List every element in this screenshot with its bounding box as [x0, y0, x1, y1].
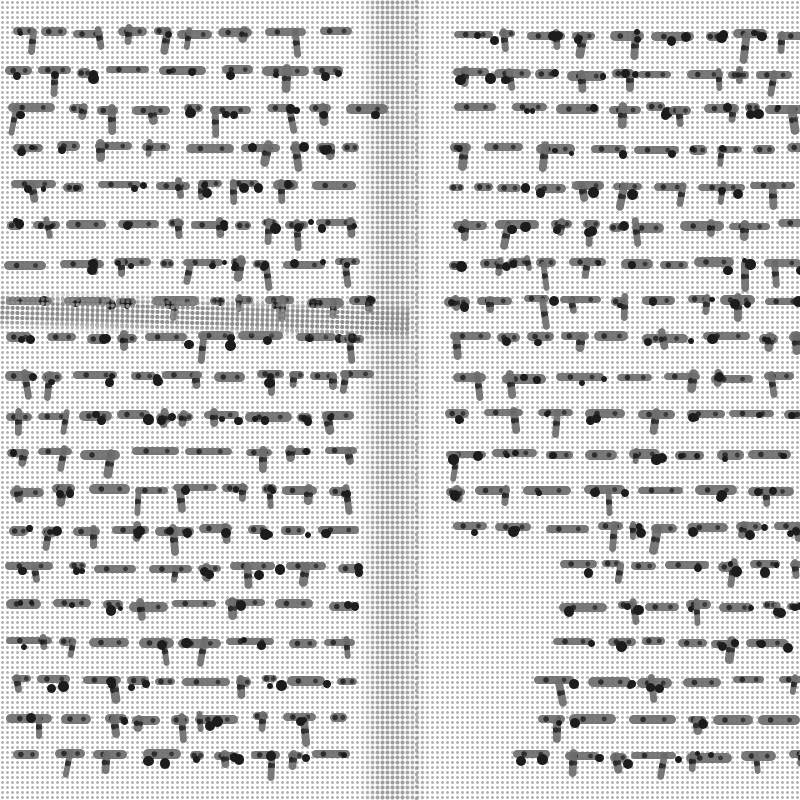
script-stroke	[47, 333, 77, 341]
script-stroke	[41, 27, 66, 36]
ink-blob	[108, 680, 116, 688]
ink-blob	[756, 412, 762, 418]
ink-blob	[234, 417, 242, 425]
ink-blob	[569, 679, 579, 689]
script-stroke	[185, 448, 233, 455]
script-stroke	[145, 333, 186, 342]
script-stroke	[289, 639, 316, 648]
ink-blob	[634, 29, 640, 35]
script-stroke	[609, 521, 618, 553]
ink-blob	[299, 142, 309, 152]
ink-blob	[335, 70, 342, 77]
ink-blob	[675, 756, 682, 763]
script-stroke	[9, 526, 28, 536]
ink-blob	[87, 265, 97, 275]
ink-blob	[220, 220, 228, 228]
script-stroke	[477, 297, 512, 305]
ink-blob	[633, 605, 644, 616]
script-stroke	[340, 371, 351, 395]
script-stroke	[132, 447, 179, 456]
script-stroke	[177, 30, 212, 39]
ink-blob	[212, 716, 223, 727]
script-stroke	[746, 639, 788, 647]
ink-blob	[474, 32, 481, 39]
ink-blob	[41, 186, 47, 192]
ink-blob	[723, 266, 732, 275]
ink-blob	[628, 261, 636, 269]
script-stroke	[4, 261, 46, 270]
script-stroke	[241, 144, 280, 151]
ink-blob	[619, 150, 628, 159]
script-stroke	[120, 330, 128, 351]
script-stroke	[324, 639, 354, 646]
script-stroke	[717, 450, 744, 459]
script-stroke	[617, 101, 627, 128]
ink-blob	[131, 185, 137, 191]
ink-blob	[621, 489, 629, 497]
script-stroke	[588, 677, 631, 686]
script-stroke	[243, 562, 253, 588]
ink-blob	[165, 301, 174, 310]
ink-blob	[143, 756, 153, 766]
script-stroke	[312, 181, 355, 190]
ink-blob	[780, 453, 787, 460]
ink-blob	[668, 150, 676, 158]
script-stroke	[93, 750, 127, 758]
ink-blob	[348, 333, 357, 342]
ink-blob	[263, 336, 272, 345]
ink-blob	[694, 416, 700, 422]
ink-blob	[774, 562, 780, 568]
ink-blob	[456, 261, 466, 271]
ink-blob	[16, 111, 25, 120]
script-stroke	[768, 181, 777, 209]
ink-blob	[730, 299, 739, 308]
script-stroke	[214, 372, 245, 382]
script-stroke	[226, 638, 274, 645]
ink-blob	[473, 451, 483, 461]
ink-blob	[301, 415, 308, 422]
ink-blob	[716, 493, 725, 502]
script-stroke	[96, 139, 105, 163]
ink-blob	[351, 223, 357, 229]
ink-blob	[512, 450, 518, 456]
ink-blob	[533, 376, 541, 384]
script-stroke	[452, 333, 461, 360]
ink-blob	[260, 264, 267, 271]
script-stroke	[155, 678, 175, 686]
ink-blob	[788, 412, 795, 419]
ink-blob	[623, 759, 634, 770]
ink-blob	[121, 717, 128, 724]
script-stroke	[791, 331, 800, 355]
script-stroke	[560, 296, 600, 304]
ink-blob	[627, 189, 638, 200]
script-stroke	[642, 296, 675, 305]
ink-blob	[248, 143, 257, 152]
script-stroke	[497, 184, 520, 193]
ink-blob	[105, 378, 114, 387]
manuscript-column-right	[440, 0, 800, 800]
script-stroke	[330, 713, 346, 723]
script-stroke	[238, 331, 283, 339]
ink-blob	[69, 602, 75, 608]
script-stroke	[94, 25, 104, 50]
ink-blob	[290, 259, 299, 268]
ink-blob	[371, 111, 379, 119]
ink-blob	[38, 223, 43, 228]
ink-blob	[284, 180, 292, 188]
script-stroke	[304, 483, 314, 504]
ink-blob	[783, 643, 793, 653]
ink-blob	[202, 188, 212, 198]
ink-blob	[502, 337, 511, 346]
script-stroke	[729, 223, 770, 231]
script-stroke	[296, 333, 336, 341]
ink-blob	[230, 111, 238, 119]
ink-blob	[327, 414, 334, 421]
ink-blob	[18, 600, 24, 606]
manuscript-halftone-image: Halftone-dot rendering of two columns of…	[0, 0, 800, 800]
ink-blob	[142, 680, 150, 688]
ink-blob	[109, 373, 115, 379]
script-stroke	[149, 565, 192, 573]
ink-blob	[760, 567, 771, 578]
script-stroke	[638, 487, 683, 494]
ink-blob	[709, 297, 714, 302]
ink-blob	[490, 36, 499, 45]
ink-blob	[341, 752, 347, 758]
script-stroke	[538, 298, 550, 330]
ink-blob	[621, 69, 630, 78]
ink-blob	[275, 564, 285, 574]
script-stroke	[44, 371, 54, 402]
ink-blob	[716, 32, 727, 43]
ink-blob	[516, 756, 526, 766]
script-stroke	[135, 487, 143, 516]
ink-blob	[644, 338, 652, 346]
script-stroke	[686, 368, 698, 393]
ink-blob	[153, 374, 162, 383]
ink-blob	[227, 334, 235, 342]
script-stroke	[638, 71, 671, 78]
script-stroke	[132, 714, 143, 732]
ink-blob	[600, 73, 607, 80]
script-stroke	[196, 711, 204, 732]
script-stroke	[178, 410, 188, 428]
script-stroke	[13, 750, 39, 759]
ink-blob	[66, 489, 75, 498]
ink-blob	[776, 608, 786, 618]
script-stroke	[108, 104, 116, 135]
ink-blob	[321, 72, 330, 81]
ink-blob	[616, 641, 627, 652]
script-stroke	[631, 562, 656, 570]
script-stroke	[585, 450, 617, 459]
ink-blob	[157, 416, 166, 425]
ink-blob	[588, 226, 597, 235]
ink-blob	[553, 226, 561, 234]
ink-blob	[222, 260, 227, 265]
script-stroke	[156, 182, 190, 190]
column-gutter-fold	[360, 0, 430, 800]
ink-blob	[18, 336, 25, 343]
ink-blob	[775, 105, 780, 110]
ink-blob	[590, 104, 598, 112]
ink-blob	[123, 299, 131, 307]
script-stroke	[14, 408, 22, 436]
ink-blob	[24, 185, 32, 193]
ink-blob	[217, 298, 225, 306]
script-stroke	[594, 331, 628, 341]
script-stroke	[631, 752, 676, 760]
ink-blob	[588, 187, 599, 198]
script-stroke	[89, 638, 129, 647]
ink-blob	[47, 684, 56, 693]
ink-blob	[688, 606, 694, 612]
script-stroke	[486, 296, 495, 314]
ink-blob	[18, 31, 23, 36]
ink-blob	[209, 263, 216, 270]
ink-blob	[744, 301, 751, 308]
ink-blob	[552, 148, 557, 153]
parchment-edge	[395, 0, 418, 800]
ink-blob	[624, 603, 631, 610]
ink-blob	[321, 529, 331, 539]
script-stroke	[258, 711, 266, 733]
script-stroke	[630, 521, 636, 540]
ink-blob	[323, 680, 331, 688]
script-stroke	[645, 603, 679, 611]
script-stroke	[129, 602, 168, 612]
ink-blob	[273, 72, 279, 78]
ink-blob	[185, 108, 195, 118]
ink-blob	[762, 337, 767, 342]
ink-blob	[267, 683, 273, 689]
script-stroke	[790, 673, 799, 694]
ink-blob	[168, 413, 176, 421]
ink-blob	[266, 531, 273, 538]
ink-blob	[201, 182, 208, 189]
script-stroke	[212, 106, 219, 138]
script-stroke	[680, 221, 724, 231]
ink-blob	[688, 527, 698, 537]
script-stroke	[5, 562, 53, 570]
ink-blob	[241, 637, 247, 643]
ink-blob	[17, 148, 25, 156]
ink-blob	[655, 684, 664, 693]
script-stroke	[236, 675, 246, 699]
ink-blob	[556, 720, 562, 726]
ink-blob	[507, 225, 516, 234]
ink-blob	[236, 600, 246, 610]
script-stroke	[281, 526, 306, 535]
ink-blob	[79, 568, 85, 574]
ink-blob	[787, 530, 794, 537]
ink-blob	[619, 221, 629, 231]
script-stroke	[683, 678, 722, 687]
ink-blob	[270, 489, 275, 494]
ink-blob	[344, 262, 349, 267]
script-stroke	[713, 715, 753, 724]
script-stroke	[346, 104, 388, 114]
ink-blob	[39, 296, 49, 306]
script-stroke	[523, 255, 532, 272]
script-stroke	[259, 446, 267, 473]
script-stroke	[753, 145, 775, 155]
ink-blob	[88, 73, 98, 83]
ink-blob	[97, 416, 106, 425]
script-stroke	[230, 562, 275, 570]
script-stroke	[262, 675, 277, 682]
ink-blob	[160, 758, 170, 768]
ink-blob	[52, 526, 62, 536]
ink-blob	[21, 644, 27, 650]
script-stroke	[578, 70, 587, 93]
ink-blob	[586, 416, 595, 425]
script-stroke	[484, 143, 523, 151]
ink-blob	[796, 266, 800, 275]
ink-blob	[140, 182, 147, 189]
ink-blob	[320, 145, 330, 155]
ink-blob	[302, 754, 310, 762]
ink-blob	[564, 606, 575, 617]
script-stroke	[568, 749, 577, 778]
ink-blob	[143, 414, 154, 425]
ink-blob	[501, 76, 510, 85]
ink-blob	[344, 490, 352, 498]
script-stroke	[64, 297, 111, 305]
script-stroke	[172, 600, 216, 608]
script-stroke	[560, 560, 597, 567]
ink-blob	[318, 224, 327, 233]
ink-blob	[226, 71, 235, 80]
ink-blob	[757, 32, 767, 42]
script-stroke	[160, 259, 174, 267]
ink-blob	[320, 111, 328, 119]
ink-blob	[254, 570, 264, 580]
script-stroke	[186, 144, 234, 153]
script-stroke	[453, 522, 486, 529]
script-stroke	[235, 294, 242, 313]
ink-blob	[294, 223, 303, 232]
script-stroke	[778, 219, 800, 227]
script-stroke	[736, 66, 743, 84]
ink-blob	[574, 36, 582, 44]
ink-blob	[193, 756, 200, 763]
ink-blob	[722, 456, 728, 462]
script-stroke	[621, 259, 652, 268]
ink-blob	[118, 606, 124, 612]
ink-blob	[134, 531, 142, 539]
script-stroke	[182, 678, 229, 687]
script-stroke	[90, 525, 97, 549]
ink-blob	[166, 69, 172, 75]
ink-blob	[317, 300, 323, 306]
ink-blob	[757, 640, 765, 648]
script-stroke	[36, 715, 42, 739]
ink-blob	[707, 334, 717, 344]
script-stroke	[707, 219, 715, 237]
ink-blob	[355, 568, 363, 576]
ink-blob	[718, 187, 725, 194]
ink-blob	[222, 111, 230, 119]
ink-blob	[456, 145, 463, 152]
ink-blob	[165, 31, 172, 38]
script-stroke	[342, 484, 353, 516]
script-stroke	[758, 715, 800, 725]
ink-blob	[504, 453, 509, 458]
ink-blob	[753, 109, 763, 119]
script-stroke	[286, 445, 295, 462]
ink-blob	[276, 680, 287, 691]
ink-blob	[520, 222, 530, 232]
ink-blob	[579, 380, 585, 386]
ink-blob	[320, 259, 326, 265]
ink-blob	[657, 453, 667, 463]
ink-blob	[305, 334, 313, 342]
ink-blob	[471, 529, 478, 536]
ink-blob	[508, 526, 519, 537]
ink-blob	[627, 683, 633, 689]
ink-blob	[92, 411, 100, 419]
ink-blob	[188, 68, 196, 76]
ink-blob	[537, 754, 548, 765]
ink-blob	[266, 751, 276, 761]
ink-blob	[745, 530, 755, 540]
script-stroke	[191, 371, 201, 389]
ink-blob	[26, 335, 35, 344]
script-stroke	[66, 220, 106, 229]
ink-blob	[301, 717, 307, 723]
script-stroke	[6, 599, 40, 609]
ink-blob	[698, 719, 708, 729]
ink-blob	[219, 416, 224, 421]
ink-blob	[26, 525, 32, 531]
script-stroke	[106, 66, 148, 73]
ink-blob	[596, 755, 602, 761]
script-stroke	[694, 598, 701, 626]
ink-blob	[29, 145, 34, 150]
script-stroke	[198, 333, 208, 364]
ink-blob	[181, 638, 192, 649]
ink-blob	[123, 221, 132, 230]
script-stroke	[342, 143, 358, 152]
script-stroke	[657, 328, 669, 351]
ink-blob	[254, 183, 263, 192]
script-stroke	[210, 408, 218, 427]
script-stroke	[660, 261, 688, 268]
script-stroke	[552, 409, 562, 438]
script-stroke	[235, 221, 251, 231]
script-stroke	[678, 639, 707, 647]
script-stroke	[265, 28, 306, 36]
ink-blob	[257, 641, 265, 649]
ink-blob	[536, 188, 546, 198]
ink-blob	[230, 753, 239, 762]
ink-blob	[13, 218, 19, 224]
script-stroke	[239, 483, 247, 502]
ink-blob	[588, 640, 595, 647]
ink-blob	[106, 300, 116, 310]
script-stroke	[454, 103, 497, 111]
script-stroke	[733, 676, 764, 683]
script-stroke	[740, 220, 750, 241]
ink-blob	[270, 223, 281, 234]
ink-blob	[694, 564, 702, 572]
ink-blob	[723, 103, 731, 111]
ink-blob	[58, 146, 66, 154]
